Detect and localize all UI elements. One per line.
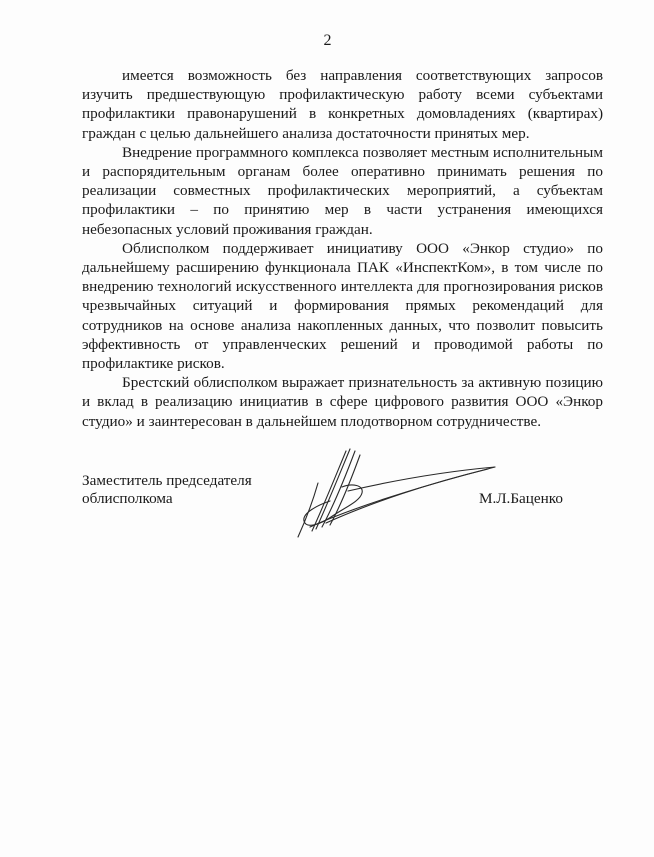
- page-number: 2: [45, 32, 610, 50]
- paragraph-gratitude: Брестский облисполком выражает признател…: [82, 373, 603, 431]
- document-page: 2 имеется возможность без направления со…: [0, 0, 654, 857]
- signatory-title: Заместитель председателя облисполкома: [82, 472, 252, 508]
- signatory-title-line-1: Заместитель председателя: [82, 472, 252, 490]
- paragraph-continuation: имеется возможность без направления соот…: [82, 66, 603, 143]
- letter-body: имеется возможность без направления соот…: [82, 66, 603, 431]
- signatory-title-line-2: облисполкома: [82, 490, 252, 508]
- paragraph-software-implementation: Внедрение программного комплекса позволя…: [82, 143, 603, 239]
- handwritten-signature-icon: [290, 445, 500, 545]
- paragraph-support-initiative: Облисполком поддерживает инициативу ООО …: [82, 239, 603, 373]
